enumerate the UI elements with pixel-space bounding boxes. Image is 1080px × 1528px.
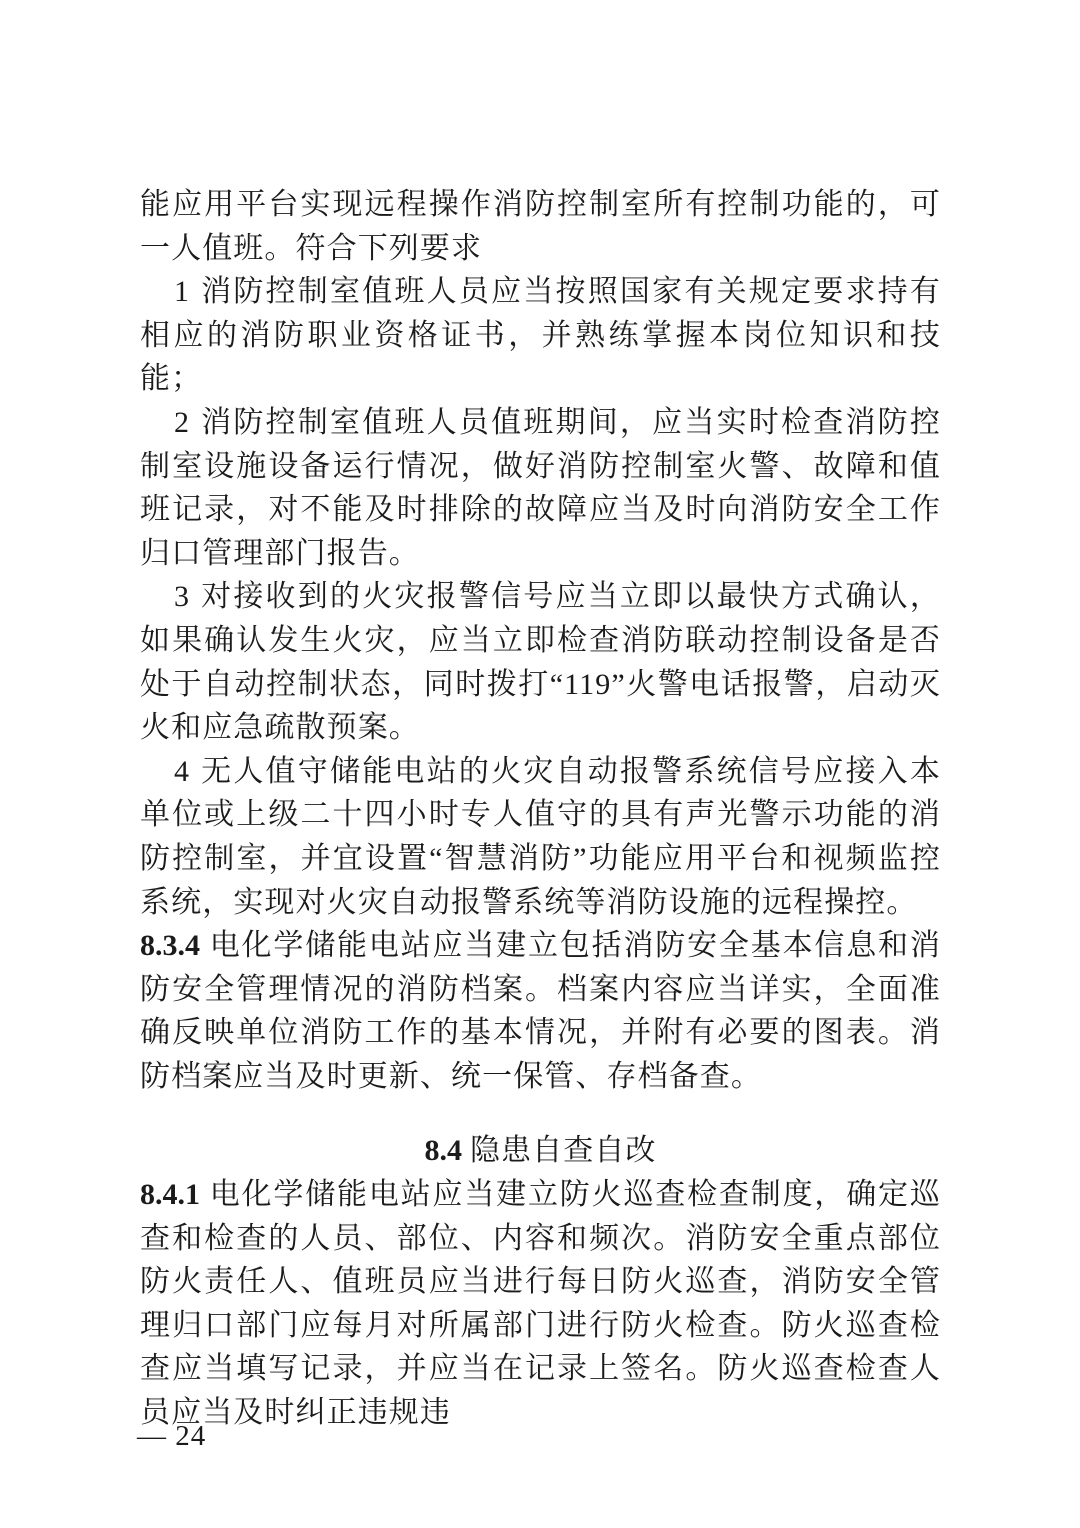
item-number: 3 (174, 580, 200, 613)
numbered-item-1: 1消防控制室值班人员应当按照国家有关规定要求持有相应的消防职业资格证书，并熟练掌… (140, 270, 941, 401)
clause-text: 电化学储能电站应当建立防火巡查检查制度，确定巡查和检查的人员、部位、内容和频次。… (140, 1178, 941, 1429)
item-number: 4 (174, 755, 200, 788)
item-text: 无人值守储能电站的火灾自动报警系统信号应接入本单位或上级二十四小时专人值守的具有… (140, 755, 941, 919)
item-number: 2 (174, 406, 200, 439)
section-heading-8-4: 8.4隐患自查自改 (140, 1129, 941, 1173)
section-heading-title: 隐患自查自改 (470, 1134, 657, 1167)
clause-number: 8.4.1 (140, 1178, 209, 1211)
numbered-item-2: 2消防控制室值班人员值班期间，应当实时检查消防控制室设施设备运行情况，做好消防控… (140, 401, 941, 575)
clause-8-4-1: 8.4.1电化学储能电站应当建立防火巡查检查制度，确定巡查和检查的人员、部位、内… (140, 1173, 941, 1435)
section-heading-number: 8.4 (424, 1134, 470, 1167)
numbered-item-3: 3对接收到的火灾报警信号应当立即以最快方式确认，如果确认发生火灾，应当立即检查消… (140, 575, 941, 749)
clause-number: 8.3.4 (140, 929, 209, 962)
item-number: 1 (174, 275, 200, 308)
paragraph-continuation: 能应用平台实现远程操作消防控制室所有控制功能的，可一人值班。符合下列要求 (140, 183, 941, 270)
item-text: 消防控制室值班人员应当按照国家有关规定要求持有相应的消防职业资格证书，并熟练掌握… (140, 275, 941, 395)
item-text: 对接收到的火灾报警信号应当立即以最快方式确认，如果确认发生火灾，应当立即检查消防… (140, 580, 941, 744)
clause-text: 电化学储能电站应当建立包括消防安全基本信息和消防安全管理情况的消防档案。档案内容… (140, 929, 941, 1093)
item-text: 消防控制室值班人员值班期间，应当实时检查消防控制室设施设备运行情况，做好消防控制… (140, 406, 941, 570)
page-number: — 24 (137, 1420, 206, 1453)
document-content: 能应用平台实现远程操作消防控制室所有控制功能的，可一人值班。符合下列要求 1消防… (140, 183, 941, 1435)
numbered-item-4: 4无人值守储能电站的火灾自动报警系统信号应接入本单位或上级二十四小时专人值守的具… (140, 750, 941, 924)
clause-8-3-4: 8.3.4电化学储能电站应当建立包括消防安全基本信息和消防安全管理情况的消防档案… (140, 924, 941, 1098)
document-page: 能应用平台实现远程操作消防控制室所有控制功能的，可一人值班。符合下列要求 1消防… (0, 0, 1080, 1528)
